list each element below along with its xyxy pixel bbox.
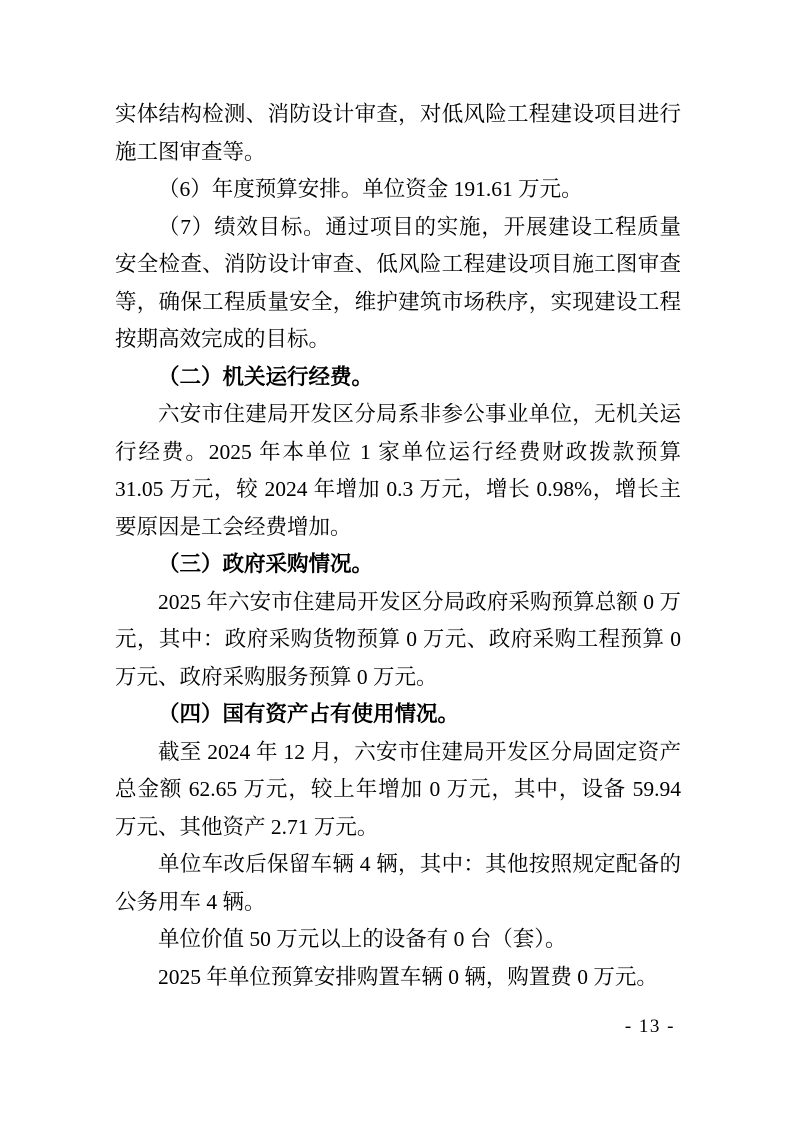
document-page: 实体结构检测、消防设计审查，对低风险工程建设项目进行施工图审查等。 （6）年度预… <box>0 0 793 1122</box>
page-footer: - 13 - <box>115 1016 675 1038</box>
page-number: - 13 - <box>625 1016 675 1037</box>
section-heading-state-assets: （四）国有资产占有使用情况。 <box>115 696 681 734</box>
paragraph-annual-budget: （6）年度预算安排。单位资金 191.61 万元。 <box>115 171 681 209</box>
document-content: 实体结构检测、消防设计审查，对低风险工程建设项目进行施工图审查等。 （6）年度预… <box>115 96 681 996</box>
paragraph-procurement: 2025 年六安市住建局开发区分局政府采购预算总额 0 万元，其中：政府采购货物… <box>115 584 681 697</box>
paragraph-continuation: 实体结构检测、消防设计审查，对低风险工程建设项目进行施工图审查等。 <box>115 96 681 171</box>
paragraph-equipment-over-50: 单位价值 50 万元以上的设备有 0 台（套）。 <box>115 921 681 959</box>
section-heading-procurement: （三）政府采购情况。 <box>115 546 681 584</box>
section-heading-operating-cost: （二）机关运行经费。 <box>115 359 681 397</box>
paragraph-performance-goal: （7）绩效目标。通过项目的实施，开展建设工程质量安全检查、消防设计审查、低风险工… <box>115 209 681 359</box>
paragraph-operating-cost: 六安市住建局开发区分局系非参公事业单位，无机关运行经费。2025 年本单位 1 … <box>115 396 681 546</box>
paragraph-fixed-assets: 截至 2024 年 12 月，六安市住建局开发区分局固定资产总金额 62.65 … <box>115 734 681 847</box>
paragraph-vehicle-purchase: 2025 年单位预算安排购置车辆 0 辆，购置费 0 万元。 <box>115 959 681 997</box>
paragraph-vehicles-retained: 单位车改后保留车辆 4 辆，其中：其他按照规定配备的公务用车 4 辆。 <box>115 846 681 921</box>
